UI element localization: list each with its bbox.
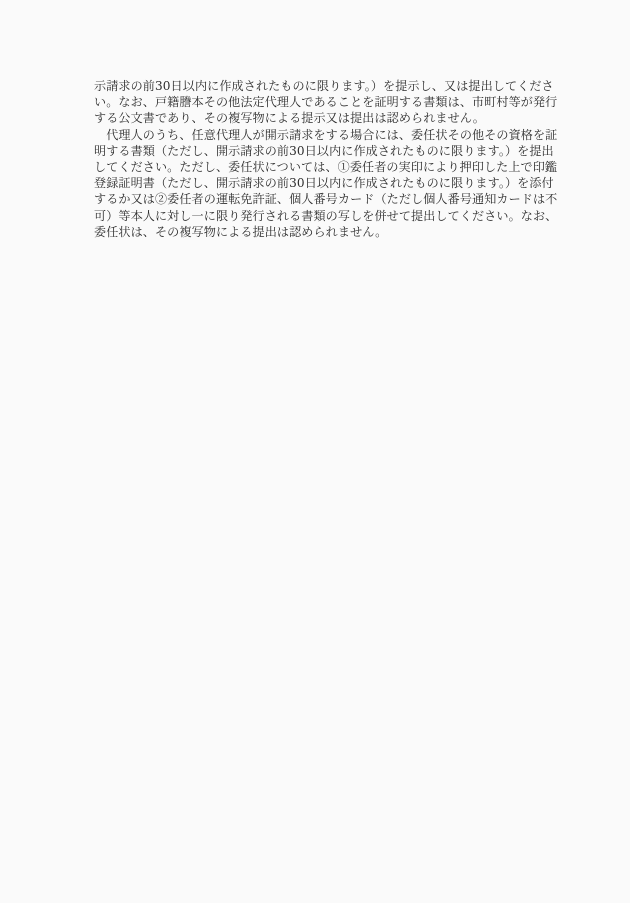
text-line: 代理人のうち、任意代理人が開示請求をする場合には、委任状その他その資格を証 [94,127,564,143]
text-line: 示請求の前30日以内に作成されたものに限ります。）を提示し、又は提出してくださ [94,78,564,94]
text-line: 明する書類（ただし、開示請求の前30日以内に作成されたものに限ります。）を提出 [94,143,564,159]
document-page: 示請求の前30日以内に作成されたものに限ります。）を提示し、又は提出してくださ … [0,0,630,903]
text-line: 委任状は、その複写物による提出は認められません。 [94,224,564,240]
text-line: 登録証明書（ただし、開示請求の前30日以内に作成されたものに限ります。）を添付 [94,175,564,191]
text-line: 可）等本人に対し一に限り発行される書類の写しを併せて提出してください。なお、 [94,208,564,224]
body-text: 示請求の前30日以内に作成されたものに限ります。）を提示し、又は提出してくださ … [94,78,564,240]
text-line: するか又は②委任者の運転免許証、個人番号カード（ただし個人番号通知カードは不 [94,191,564,207]
text-line: い。なお、戸籍謄本その他法定代理人であることを証明する書類は、市町村等が発行 [94,94,564,110]
text-line: してください。ただし、委任状については、①委任者の実印により押印した上で印鑑 [94,159,564,175]
text-line: する公文書であり、その複写物による提示又は提出は認められません。 [94,110,564,126]
